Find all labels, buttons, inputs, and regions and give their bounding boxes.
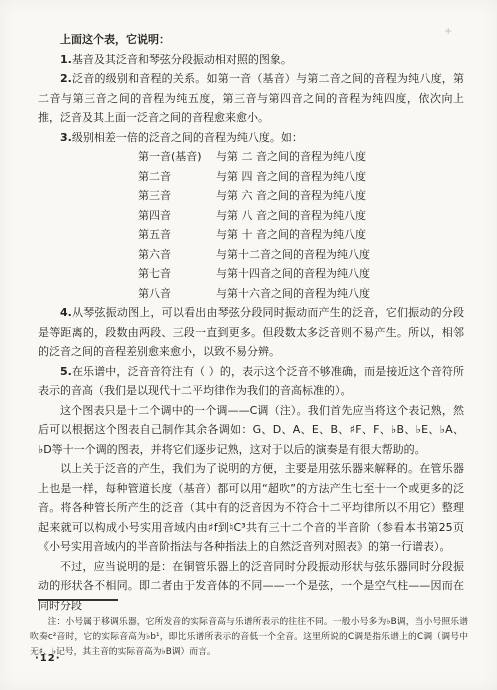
item-text: 级别相差一倍的泛音之间的音程为纯八度。如：: [72, 131, 303, 144]
page-body-text: 上面这个表，它说明： 1.基音及其泛音和琴弦分段振动相对照的图象。 2.泛音的级…: [38, 30, 464, 615]
octave-row: 第七音与第十四音之间的音程为纯八度: [138, 264, 464, 284]
harmonic-label: 第四音: [138, 206, 216, 226]
footnote-divider: [38, 599, 118, 601]
paragraph-brass: 不过，应当说明的是：在铜管乐器上的泛音同时分段振动形状与弦乐器同时分段振动的形状…: [38, 557, 464, 616]
item-number: 2.: [60, 72, 72, 85]
numbered-item-1: 1.基音及其泛音和琴弦分段振动相对照的图象。: [38, 50, 464, 70]
item-number: 3.: [60, 131, 72, 144]
harmonic-label: 第五音: [138, 225, 216, 245]
harmonic-label: 第三音: [138, 186, 216, 206]
interval-text: 与第 四 音之间的音程为纯八度: [216, 167, 464, 187]
numbered-item-3: 3.级别相差一倍的泛音之间的音程为纯八度。如：: [38, 128, 464, 148]
octave-row: 第五音与第 十 音之间的音程为纯八度: [138, 225, 464, 245]
harmonic-label: 第一音(基音): [138, 147, 216, 167]
book-page: + 上面这个表，它说明： 1.基音及其泛音和琴弦分段振动相对照的图象。 2.泛音…: [0, 0, 497, 690]
octave-row: 第六音与第十二音之间的音程为纯八度: [138, 245, 464, 265]
paragraph-overblow: 以上关于泛音的产生，我们为了说明的方便，主要是用弦乐器来解释的。在管乐器上也是一…: [38, 459, 464, 557]
interval-text: 与第 八 音之间的音程为纯八度: [216, 206, 464, 226]
numbered-item-2: 2.泛音的级别和音程的关系。如第一音（基音）与第二音之间的音程为纯八度，第二音与…: [38, 69, 464, 128]
harmonic-label: 第七音: [138, 264, 216, 284]
numbered-item-5: 5.在乐谱中，泛音音符注有（ ）的，表示这个泛音不够准确，而是接近这个音符所表示…: [38, 362, 464, 401]
interval-text: 与第十四音之间的音程为纯八度: [216, 264, 464, 284]
harmonic-label: 第六音: [138, 245, 216, 265]
octave-row: 第一音(基音)与第 二 音之间的音程为纯八度: [138, 147, 464, 167]
interval-text: 与第 十 音之间的音程为纯八度: [216, 225, 464, 245]
item-number: 1.: [60, 53, 72, 66]
paragraph-keys: 这个图表只是十二个调中的一个调——C调（注）。我们首先应当将这个表记熟，然后可以…: [38, 401, 464, 460]
interval-text: 与第十二音之间的音程为纯八度: [216, 245, 464, 265]
interval-text: 与第 六 音之间的音程为纯八度: [216, 186, 464, 206]
footnote-text: 注：小号属于移调乐器，它所发音的实际音高与乐谱所表示的往往不同。一般小号多为♭B…: [30, 615, 468, 660]
numbered-item-4: 4.从琴弦振动图上，可以看出由琴弦分段同时振动而产生的泛音，它们振动的分段是等距…: [38, 303, 464, 362]
octave-row: 第四音与第 八 音之间的音程为纯八度: [138, 206, 464, 226]
octave-row: 第八音与第十六音之间的音程为纯八度: [138, 284, 464, 304]
harmonic-label: 第二音: [138, 167, 216, 187]
item-text: 从琴弦振动图上，可以看出由琴弦分段同时振动而产生的泛音，它们振动的分段是等距离的…: [38, 306, 464, 358]
harmonic-label: 第八音: [138, 284, 216, 304]
item-text: 在乐谱中，泛音音符注有（ ）的，表示这个泛音不够准确，而是接近这个音符所表示的音…: [38, 365, 464, 398]
interval-text: 与第 二 音之间的音程为纯八度: [216, 147, 464, 167]
octave-row: 第二音与第 四 音之间的音程为纯八度: [138, 167, 464, 187]
item-number: 4.: [60, 306, 72, 319]
item-text: 泛音的级别和音程的关系。如第一音（基音）与第二音之间的音程为纯八度，第二音与第三…: [38, 72, 464, 124]
octave-interval-list: 第一音(基音)与第 二 音之间的音程为纯八度 第二音与第 四 音之间的音程为纯八…: [138, 147, 464, 303]
item-text: 基音及其泛音和琴弦分段振动相对照的图象。: [72, 53, 292, 66]
item-number: 5.: [60, 365, 72, 378]
intro-line: 上面这个表，它说明：: [38, 30, 464, 50]
interval-text: 与第十六音之间的音程为纯八度: [216, 284, 464, 304]
octave-row: 第三音与第 六 音之间的音程为纯八度: [138, 186, 464, 206]
page-number: ·12·: [35, 653, 61, 664]
